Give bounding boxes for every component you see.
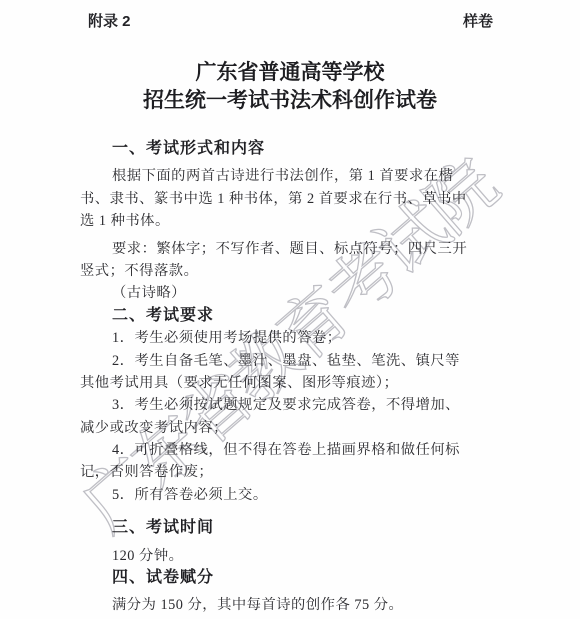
text-line: （古诗略） bbox=[80, 282, 540, 304]
document-header: 附录 2 样卷 bbox=[0, 0, 580, 32]
text-line: 竖式；不得落款。 bbox=[80, 260, 540, 282]
text-line: 书、隶书、篆书中选 1 种书体，第 2 首要求在行书、草书中 bbox=[80, 188, 540, 210]
text-line: 记，否则答卷作废； bbox=[80, 461, 540, 483]
text-line: 根据下面的两首古诗进行书法创作，第 1 首要求在楷 bbox=[80, 165, 540, 187]
appendix-label: 附录 2 bbox=[88, 12, 131, 32]
section-heading: 三、考试时间 bbox=[80, 517, 540, 539]
sample-paper-label: 样卷 bbox=[463, 12, 493, 32]
text-line: 1．考生必须使用考场提供的答卷； bbox=[80, 327, 540, 349]
document-page: 广东省教育考试院 附录 2 样卷 广东省普通高等学校 招生统一考试书法术科创作试… bbox=[0, 0, 580, 619]
text-line: 选 1 种书体。 bbox=[80, 210, 540, 232]
text-line: 120 分钟。 bbox=[80, 545, 540, 567]
document-title-line-1: 广东省普通高等学校 bbox=[0, 59, 580, 87]
document-body: 一、考试形式和内容根据下面的两首古诗进行书法创作，第 1 首要求在楷书、隶书、篆… bbox=[80, 138, 540, 617]
text-line: 2．考生自备毛笔、墨汁、墨盘、毡垫、笔洗、镇尺等 bbox=[80, 350, 540, 372]
text-line: 5．所有答卷必须上交。 bbox=[80, 484, 540, 506]
document-title: 广东省普通高等学校 招生统一考试书法术科创作试卷 bbox=[0, 59, 580, 115]
text-line: 满分为 150 分，其中每首诗的创作各 75 分。 bbox=[80, 594, 540, 616]
section-heading: 二、考试要求 bbox=[80, 305, 540, 327]
section-heading: 四、试卷赋分 bbox=[80, 567, 540, 589]
text-line: 减少或改变考试内容； bbox=[80, 417, 540, 439]
section-heading: 一、考试形式和内容 bbox=[80, 138, 540, 160]
text-line: 其他考试用具（要求无任何图案、图形等痕迹）； bbox=[80, 372, 540, 394]
text-line: 要求：繁体字；不写作者、题目、标点符号；四尺三开 bbox=[80, 238, 540, 260]
document-title-line-2: 招生统一考试书法术科创作试卷 bbox=[0, 87, 580, 115]
text-line: 3．考生必须按试题规定及要求完成答卷，不得增加、 bbox=[80, 394, 540, 416]
text-line: 4．可折叠格线，但不得在答卷上描画界格和做任何标 bbox=[80, 439, 540, 461]
